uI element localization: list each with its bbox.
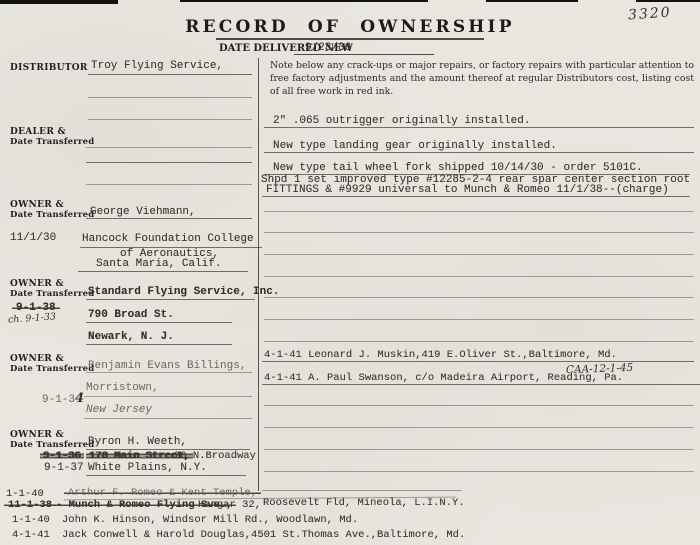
- column-divider: [258, 58, 259, 491]
- owner3-label: OWNER &: [10, 354, 64, 364]
- owner4-label: OWNER &: [10, 430, 64, 440]
- owner1-date: 11/1/30: [10, 232, 56, 244]
- scan-edge-mark: [0, 0, 118, 4]
- ruled-line: [262, 384, 700, 385]
- scan-edge-mark: [636, 0, 700, 2]
- transfer-entry-2: 4-1-41 A. Paul Swanson, c/o Madeira Airp…: [264, 372, 623, 384]
- owner1-sublabel: Date Transferred: [10, 210, 94, 220]
- bottom-row2-date-struck: 11-1-38: [4, 499, 56, 511]
- transfer-entry-1: 4-1-41 Leonard J. Muskin,419 E.Oliver St…: [264, 349, 617, 361]
- distributor-label: DISTRIBUTOR: [10, 63, 88, 73]
- date-delivered-value: 9/23/30: [305, 42, 351, 54]
- bottom-row4-date: 4-1-41: [12, 529, 50, 541]
- repair-entry-3: New type tail wheel fork shipped 10/14/3…: [273, 162, 643, 174]
- ruled-line: [264, 211, 694, 212]
- ruled-line: [264, 341, 694, 342]
- ruled-line: [262, 490, 462, 491]
- scan-edge-mark: [486, 0, 578, 2]
- owner3-line2: Morristown,: [86, 382, 159, 394]
- ruled-line: [88, 119, 252, 120]
- scan-edge-mark: [180, 0, 428, 2]
- owner3-name: Benjamin Evans Billings,: [88, 360, 246, 372]
- form-note: Note below any crack-ups or major repair…: [270, 60, 694, 98]
- repair-entry-1: 2" .065 outrigger originally installed.: [273, 115, 530, 127]
- repair-entry-3c: FITTINGS & #9929 universal to Munch & Ro…: [266, 184, 669, 196]
- page-title: RECORD OF OWNERSHIP: [180, 17, 520, 37]
- owner2-sublabel: Date Transferred: [10, 289, 94, 299]
- owner2-date-handwritten: ch. 9-1-33: [8, 311, 57, 325]
- owner4-date: 9-1-37: [44, 462, 84, 474]
- owner4-line3: White Plains, N.Y.: [88, 462, 207, 474]
- owner4-name: Byron H. Weeth,: [88, 436, 187, 448]
- ruled-line: [264, 471, 694, 472]
- owner1-label: OWNER &: [10, 200, 64, 210]
- bottom-row1-name-struck: Arthur F. Romeo & Kent Temple,: [64, 487, 261, 499]
- bottom-row4-text: Jack Conwell & Harold Douglas,4501 St.Th…: [62, 529, 465, 541]
- dealer-sublabel: Date Transferred: [10, 137, 94, 147]
- owner3-date-typed: 9-1-3: [42, 394, 75, 406]
- ruled-line: [86, 147, 252, 148]
- ruled-line: [86, 184, 252, 185]
- title-underline: [216, 38, 484, 40]
- bottom-row2-location: Roosevelt Fld, Mineola, L.I.N.Y.: [263, 497, 465, 509]
- owner3-date: 9-1-34: [42, 389, 84, 407]
- ruled-line: [86, 344, 232, 345]
- repair-entry-2: New type landing gear originally install…: [273, 140, 557, 152]
- ruled-line: [78, 271, 248, 272]
- ruled-line: [262, 196, 690, 197]
- ruled-line: [84, 418, 252, 419]
- bottom-row3-text: John K. Hinson, Windsor Mill Rd., Woodla…: [62, 514, 358, 526]
- ruled-line: [86, 218, 252, 219]
- ruled-line: [264, 297, 694, 298]
- owner3-date-handwritten: 4: [75, 391, 84, 406]
- ruled-line: [264, 449, 694, 450]
- record-of-ownership-document: RECORD OF OWNERSHIP 3320 DATE DELIVERED …: [0, 0, 700, 545]
- handwritten-page-number: 3320: [627, 4, 672, 23]
- dealer-label: DEALER &: [10, 127, 66, 137]
- ruled-line: [86, 299, 255, 300]
- ruled-line: [86, 162, 252, 163]
- owner1-name: George Viehmann,: [90, 206, 196, 218]
- owner4-date-struck: 9-1-36: [40, 450, 84, 462]
- ruled-line: [264, 405, 694, 406]
- bottom-row3-date: 1-1-40: [12, 514, 50, 526]
- ruled-line: [88, 97, 252, 98]
- ruled-line: [86, 475, 246, 476]
- ruled-line: [264, 276, 694, 277]
- owner4-address-new: 20 N.Broadway: [174, 450, 256, 462]
- ruled-line: [264, 254, 694, 255]
- date-delivered-underline: [294, 54, 434, 55]
- owner1-line2: Hancock Foundation College: [82, 233, 254, 245]
- bottom-row2-rest: Hangar 32,: [198, 499, 261, 511]
- ruled-line: [264, 427, 694, 428]
- owner4-sublabel: Date Transferred: [10, 440, 94, 450]
- owner2-line2: 790 Broad St.: [88, 309, 174, 321]
- owner2-line3: Newark, N. J.: [88, 331, 174, 343]
- ruled-line: [86, 372, 252, 373]
- ruled-line: [264, 152, 694, 153]
- ruled-line: [264, 319, 694, 320]
- ruled-line: [84, 396, 252, 397]
- owner3-sublabel: Date Transferred: [10, 364, 94, 374]
- ruled-line: [264, 127, 694, 128]
- owner2-label: OWNER &: [10, 279, 64, 289]
- owner2-name: Standard Flying Service, Inc.: [88, 286, 279, 298]
- owner1-line4: Santa Maria, Calif.: [96, 258, 221, 270]
- ruled-line: [86, 322, 232, 323]
- ruled-line: [264, 232, 694, 233]
- distributor-value: Troy Flying Service,: [91, 60, 223, 72]
- ruled-line: [88, 74, 252, 75]
- owner3-line3: New Jersey: [86, 404, 152, 416]
